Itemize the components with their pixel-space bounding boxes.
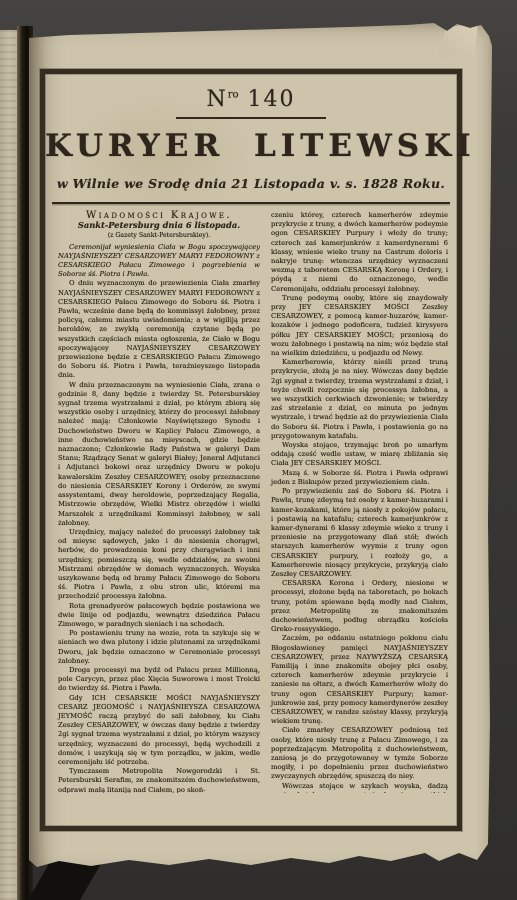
paragraph: Urzędnicy, mający należeć do processyi ż… (58, 528, 260, 602)
paragraph: O dniu wyznaczonym do przewiezienia Ciał… (58, 279, 260, 380)
paragraph: Zaczém, po oddaniu ostatniego pokłonu ci… (271, 634, 448, 726)
page-border-frame: Nro 140 KURYER LITEWSKI w Wilnie we Srod… (40, 69, 462, 831)
issue-number: Nro 140 (45, 87, 457, 112)
paragraph: Mszą ś. w Soborze śś. Piotra i Pawła odp… (271, 469, 448, 487)
paragraph: Gdy ICH CESARSKIE MOŚCI NAYJAŚNIEYSZY CE… (58, 694, 260, 768)
paragraph: czeniu którey, czterech kamerherów zdeym… (271, 211, 448, 294)
newspaper-title: KURYER LITEWSKI (45, 128, 457, 164)
issue-superscript: ro (228, 90, 239, 101)
paragraph: Woyska stojące, trzymając broń po umarły… (271, 441, 448, 469)
section-source-note: (z Gazety Sankt-Petersburskiey). (58, 231, 260, 240)
section-dateline: Sankt-Petersburg dnia 6 listopada. (58, 221, 260, 230)
paragraph: CESARSKA Korona i Ordery, niesione w pro… (271, 579, 448, 634)
dateline: w Wilnie we Srodę dnia 21 Listopada v. s… (45, 176, 457, 191)
paragraph: Kamerherowie, którzy nieśli przed truną … (271, 358, 448, 441)
paragraph: Wówczas stojące w szykach woyska, dadzą … (271, 782, 448, 793)
issue-value: 140 (248, 87, 296, 112)
scanned-newspaper-screenshot: { "scan": { "background_color": "#3a3937… (0, 0, 517, 900)
column-left: Wiadomości Krajowe. Sankt-Petersburg dni… (58, 211, 260, 793)
paragraph: W dniu przeznaczonym na wyniesienie Ciał… (58, 381, 260, 528)
masthead: Nro 140 KURYER LITEWSKI w Wilnie we Srod… (45, 87, 457, 191)
column-right: czeniu którey, czterech kamerherów zdeym… (271, 211, 448, 793)
corner-fold (434, 23, 478, 59)
paragraph: Po przywiezieniu zaś do Soboru śś. Piotr… (271, 487, 448, 579)
article-columns: Wiadomości Krajowe. Sankt-Petersburg dni… (45, 204, 457, 793)
newspaper-page: Nro 140 KURYER LITEWSKI w Wilnie we Srod… (29, 22, 492, 878)
paragraph: Po postawieniu truny na wozie, rota ta s… (58, 629, 260, 666)
paragraph: Rota grenadyerów pałacowych będzie posta… (58, 602, 260, 630)
paragraph: Droga processyi ma bydź od Pałacu przez … (58, 666, 260, 694)
paragraph: Ceremonijał wyniesienia Ciała w Bogu spo… (58, 243, 260, 280)
masthead-short-rule (176, 117, 326, 119)
issue-prefix: N (206, 87, 227, 112)
section-heading: Wiadomości Krajowe. (58, 211, 260, 220)
paragraph: Tymczasem Metropolita Nowgorodzki i St. … (58, 767, 260, 793)
paragraph: Ciało zmarłey CESARZOWEY podniosą też os… (271, 726, 448, 781)
paragraph: Trunę podeymą osoby, które się znaydował… (271, 294, 448, 358)
